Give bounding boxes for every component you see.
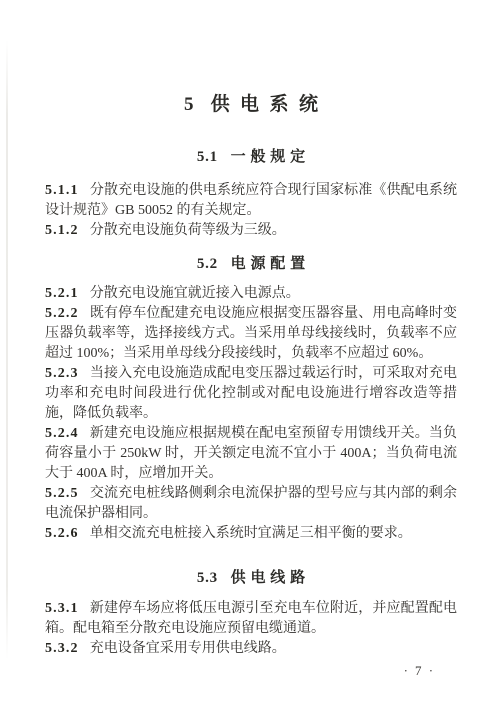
clause-5-2-6: 5.2.6单相交流充电桩接入系统时宜满足三相平衡的要求。 xyxy=(45,524,457,544)
clause-5-2-2: 5.2.2既有停车位配建充电设施应根据变压器容量、用电高峰时变压器负载率等，选择… xyxy=(45,304,457,364)
clause-number: 5.2.5 xyxy=(45,486,79,501)
clause-text: 新建充电设施应根据规模在配电室预留专用馈线开关。当负荷容量小于 250kW 时，… xyxy=(45,426,457,481)
chapter-title: 供电系统 xyxy=(211,94,329,115)
section-5-3: 5.3供电线路 5.3.1新建停车场应将低压电源引至充电车位附近，并应配置配电箱… xyxy=(45,568,457,659)
section-title: 一般规定 xyxy=(231,149,310,165)
clause-5-1-1: 5.1.1分散充电设施的供电系统应符合现行国家标准《供配电系统设计规范》GB 5… xyxy=(45,181,457,221)
section-heading-5-3: 5.3供电线路 xyxy=(45,568,457,589)
clause-text: 当接入充电设施造成配电变压器过载运行时，可采取对充电功率和充电时间段进行优化控制… xyxy=(45,366,457,421)
clause-text: 既有停车位配建充电设施应根据变压器容量、用电高峰时变压器负载率等，选择接线方式。… xyxy=(45,306,457,361)
page-left-scan-shadow xyxy=(6,40,8,660)
clause-5-1-2: 5.1.2分散充电设施负荷等级为三级。 xyxy=(45,221,457,241)
clause-text: 分散充电设施宜就近接入电源点。 xyxy=(90,286,300,301)
clause-number: 5.2.6 xyxy=(45,526,79,541)
section-number: 5.2 xyxy=(197,256,218,272)
clause-text: 分散充电设施负荷等级为三级。 xyxy=(90,223,286,238)
clause-text: 充电设备宜采用专用供电线路。 xyxy=(90,641,286,656)
clause-5-2-3: 5.2.3当接入充电设施造成配电变压器过载运行时，可采取对充电功率和充电时间段进… xyxy=(45,364,457,424)
chapter-heading: 5供电系统 xyxy=(45,93,457,117)
clause-text: 交流充电桩线路侧剩余电流保护器的型号应与其内部的剩余电流保护器相同。 xyxy=(45,486,457,521)
section-title: 供电线路 xyxy=(231,570,310,586)
clause-number: 5.2.2 xyxy=(45,306,79,321)
clause-number: 5.1.1 xyxy=(45,183,79,198)
clause-number: 5.3.1 xyxy=(45,601,79,616)
document-page: 5供电系统 5.1一般规定 5.1.1分散充电设施的供电系统应符合现行国家标准《… xyxy=(0,0,491,718)
clause-number: 5.2.1 xyxy=(45,286,79,301)
clause-text: 分散充电设施的供电系统应符合现行国家标准《供配电系统设计规范》GB 50052 … xyxy=(45,183,457,218)
clause-5-2-5: 5.2.5交流充电桩线路侧剩余电流保护器的型号应与其内部的剩余电流保护器相同。 xyxy=(45,484,457,524)
clause-5-2-4: 5.2.4新建充电设施应根据规模在配电室预留专用馈线开关。当负荷容量小于 250… xyxy=(45,424,457,484)
section-5-2: 5.2电源配置 5.2.1分散充电设施宜就近接入电源点。 5.2.2既有停车位配… xyxy=(45,254,457,544)
clause-number: 5.3.2 xyxy=(45,641,79,656)
clause-5-3-1: 5.3.1新建停车场应将低压电源引至充电车位附近，并应配置配电箱。配电箱至分散充… xyxy=(45,599,457,639)
chapter-number: 5 xyxy=(184,94,194,115)
clause-number: 5.1.2 xyxy=(45,223,79,238)
section-5-1: 5.1一般规定 5.1.1分散充电设施的供电系统应符合现行国家标准《供配电系统设… xyxy=(45,147,457,241)
clause-5-3-2: 5.3.2充电设备宜采用专用供电线路。 xyxy=(45,639,457,659)
section-number: 5.1 xyxy=(197,149,218,165)
section-heading-5-1: 5.1一般规定 xyxy=(45,147,457,168)
page-number: · 7 · xyxy=(404,663,435,679)
section-heading-5-2: 5.2电源配置 xyxy=(45,254,457,275)
section-title: 电源配置 xyxy=(231,256,310,272)
clause-text: 单相交流充电桩接入系统时宜满足三相平衡的要求。 xyxy=(90,526,412,541)
clause-text: 新建停车场应将低压电源引至充电车位附近，并应配置配电箱。配电箱至分散充电设施应预… xyxy=(45,601,457,636)
clause-number: 5.2.3 xyxy=(45,366,79,381)
section-number: 5.3 xyxy=(197,570,218,586)
clause-5-2-1: 5.2.1分散充电设施宜就近接入电源点。 xyxy=(45,284,457,304)
clause-number: 5.2.4 xyxy=(45,426,79,441)
